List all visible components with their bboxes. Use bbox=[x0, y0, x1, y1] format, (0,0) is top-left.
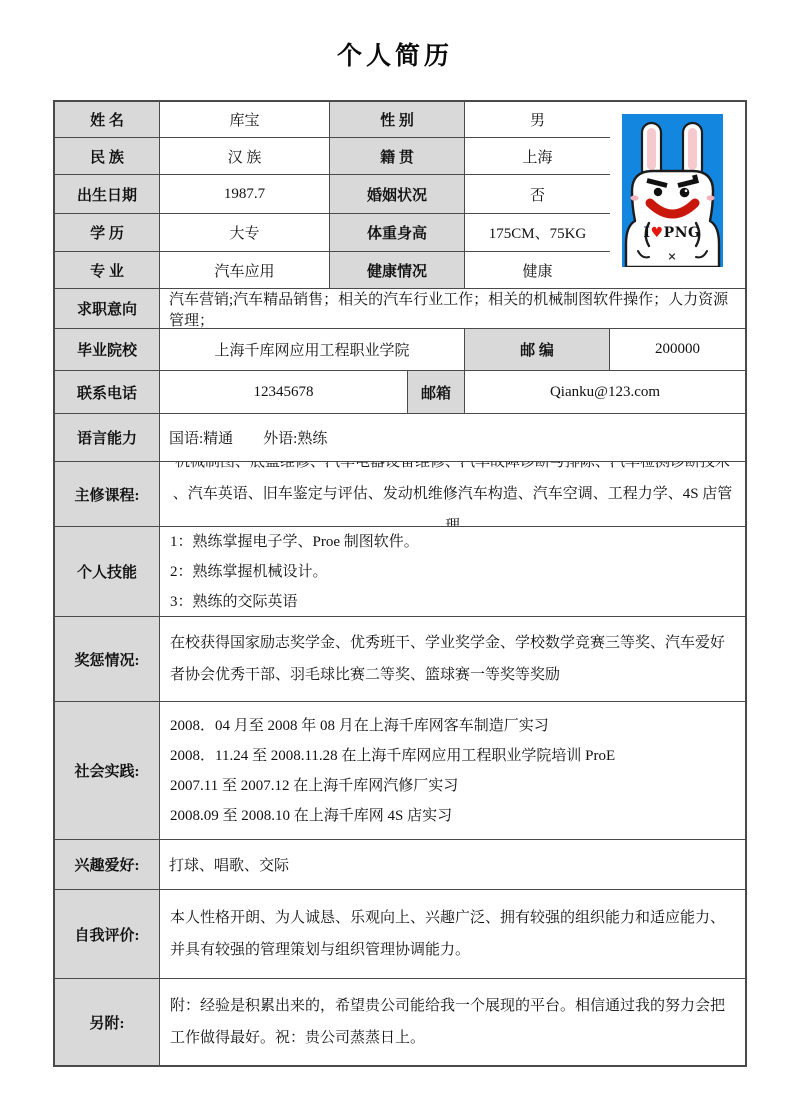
value-native-place: 上海 bbox=[465, 138, 610, 175]
label-height-weight: 体重身高 bbox=[330, 214, 465, 252]
row-major-courses: 主修课程: 机械制图、底盘维修、汽车电器设备维修、汽车故障诊断与排除、汽车检测诊… bbox=[55, 462, 745, 527]
resume-page: 个人简历 姓 名 库宝 性 别 男 民 族 汉 族 籍 贯 上海 出生日期 bbox=[0, 0, 790, 1117]
value-name: 库宝 bbox=[160, 102, 330, 138]
basic-info-grid: 姓 名 库宝 性 别 男 民 族 汉 族 籍 贯 上海 出生日期 1987.7 … bbox=[55, 102, 610, 289]
resume-table: 姓 名 库宝 性 别 男 民 族 汉 族 籍 贯 上海 出生日期 1987.7 … bbox=[53, 100, 747, 1067]
shirt-letters-png: PNG bbox=[664, 225, 701, 241]
self-evaluation-text: 本人性格开朗、为人诚恳、乐观向上、兴趣广泛、拥有较强的组织能力和适应能力、并具有… bbox=[160, 900, 745, 968]
rabbit-shirt-text: I♥PNG bbox=[644, 225, 701, 241]
rabbit-eye-right bbox=[680, 188, 690, 198]
row-ethnic-origin: 民 族 汉 族 籍 贯 上海 bbox=[55, 138, 610, 175]
value-hobbies: 打球、唱歌、交际 bbox=[160, 840, 745, 890]
rabbit-cheek-right bbox=[707, 195, 715, 200]
label-gender: 性 别 bbox=[330, 102, 465, 138]
label-name: 姓 名 bbox=[55, 102, 160, 138]
value-job-intention: 汽车营销;汽车精品销售；相关的汽车行业工作；相关的机械制图软件操作；人力资源管理… bbox=[160, 289, 745, 329]
value-zip-code: 200000 bbox=[610, 329, 745, 371]
label-hobbies: 兴趣爱好: bbox=[55, 840, 160, 890]
row-school-zip: 毕业院校 上海千库网应用工程职业学院 邮 编 200000 bbox=[55, 329, 745, 371]
attachment-text: 附：经验是积累出来的，希望贵公司能给我一个展现的平台。相信通过我的努力会把工作做… bbox=[160, 988, 745, 1056]
basic-info-section: 姓 名 库宝 性 别 男 民 族 汉 族 籍 贯 上海 出生日期 1987.7 … bbox=[55, 102, 745, 289]
row-self-evaluation: 自我评价: 本人性格开朗、为人诚恳、乐观向上、兴趣广泛、拥有较强的组织能力和适应… bbox=[55, 890, 745, 979]
label-attachment: 另附: bbox=[55, 979, 160, 1065]
row-language-ability: 语言能力 国语:精通 外语:熟练 bbox=[55, 414, 745, 462]
value-courses: 机械制图、底盘维修、汽车电器设备维修、汽车故障诊断与排除、汽车检测诊断技术 、汽… bbox=[160, 462, 745, 527]
row-awards: 奖惩情况: 在校获得国家励志奖学金、优秀班干、学业奖学金、学校数学竞赛三等奖、汽… bbox=[55, 617, 745, 702]
label-marital-status: 婚姻状况 bbox=[330, 175, 465, 214]
value-height-weight: 175CM、75KG bbox=[465, 214, 610, 252]
social-practice-line: 2008.09 至 2008.10 在上海千库网 4S 店实习 bbox=[170, 801, 735, 831]
skill-line: 2：熟练掌握机械设计。 bbox=[170, 557, 735, 587]
label-zip-code: 邮 编 bbox=[465, 329, 610, 371]
row-name-gender: 姓 名 库宝 性 别 男 bbox=[55, 102, 610, 138]
label-courses: 主修课程: bbox=[55, 462, 160, 527]
label-email: 邮箱 bbox=[408, 371, 465, 414]
value-self-evaluation: 本人性格开朗、为人诚恳、乐观向上、兴趣广泛、拥有较强的组织能力和适应能力、并具有… bbox=[160, 890, 745, 979]
row-personal-skills: 个人技能 1：熟练掌握电子学、Proe 制图软件。 2：熟练掌握机械设计。 3：… bbox=[55, 527, 745, 617]
skills-lines: 1：熟练掌握电子学、Proe 制图软件。 2：熟练掌握机械设计。 3：熟练的交际… bbox=[160, 527, 745, 617]
value-attachment: 附：经验是积累出来的，希望贵公司能给我一个展现的平台。相信通过我的努力会把工作做… bbox=[160, 979, 745, 1065]
row-attachment: 另附: 附：经验是积累出来的，希望贵公司能给我一个展现的平台。相信通过我的努力会… bbox=[55, 979, 745, 1065]
courses-text: 机械制图、底盘维修、汽车电器设备维修、汽车故障诊断与排除、汽车检测诊断技术 、汽… bbox=[160, 462, 745, 527]
row-major-health: 专 业 汽车应用 健康情况 健康 bbox=[55, 252, 610, 289]
rabbit-eye-left bbox=[654, 188, 662, 196]
social-practice-line: 2008．11.24 至 2008.11.28 在上海千库网应用工程职业学院培训… bbox=[170, 741, 735, 771]
label-awards: 奖惩情况: bbox=[55, 617, 160, 702]
label-birthdate: 出生日期 bbox=[55, 175, 160, 214]
row-education-body: 学 历 大专 体重身高 175CM、75KG bbox=[55, 214, 610, 252]
value-major: 汽车应用 bbox=[160, 252, 330, 289]
heart-icon: ♥ bbox=[651, 225, 664, 241]
belly-x-mark: × bbox=[667, 250, 676, 263]
label-skills: 个人技能 bbox=[55, 527, 160, 617]
value-language: 国语:精通 外语:熟练 bbox=[160, 414, 745, 462]
page-title: 个人简历 bbox=[0, 36, 790, 72]
social-practice-lines: 2008．04 月至 2008 年 08 月在上海千库网客车制造厂实习 2008… bbox=[160, 709, 745, 833]
label-self-evaluation: 自我评价: bbox=[55, 890, 160, 979]
value-awards: 在校获得国家励志奖学金、优秀班干、学业奖学金、学校数学竞赛三等奖、汽车爱好者协会… bbox=[160, 617, 745, 702]
value-gender: 男 bbox=[465, 102, 610, 138]
label-major: 专 业 bbox=[55, 252, 160, 289]
label-language: 语言能力 bbox=[55, 414, 160, 462]
awards-text: 在校获得国家励志奖学金、优秀班干、学业奖学金、学校数学竞赛三等奖、汽车爱好者协会… bbox=[160, 625, 745, 693]
label-ethnicity: 民 族 bbox=[55, 138, 160, 175]
value-health: 健康 bbox=[465, 252, 610, 289]
value-phone: 12345678 bbox=[160, 371, 408, 414]
value-ethnicity: 汉 族 bbox=[160, 138, 330, 175]
shirt-letter-i: I bbox=[644, 225, 651, 241]
value-email: Qianku@123.com bbox=[465, 371, 745, 414]
label-job-intention: 求职意向 bbox=[55, 289, 160, 329]
row-social-practice: 社会实践: 2008．04 月至 2008 年 08 月在上海千库网客车制造厂实… bbox=[55, 702, 745, 840]
rabbit-eye-glint bbox=[685, 190, 688, 193]
label-health: 健康情况 bbox=[330, 252, 465, 289]
row-birth-marriage: 出生日期 1987.7 婚姻状况 否 bbox=[55, 175, 610, 214]
row-phone-email: 联系电话 12345678 邮箱 Qianku@123.com bbox=[55, 371, 745, 414]
skill-line: 3：熟练的交际英语 bbox=[170, 587, 735, 617]
value-school: 上海千库网应用工程职业学院 bbox=[160, 329, 465, 371]
social-practice-line: 2008．04 月至 2008 年 08 月在上海千库网客车制造厂实习 bbox=[170, 711, 735, 741]
value-education: 大专 bbox=[160, 214, 330, 252]
row-job-intention: 求职意向 汽车营销;汽车精品销售；相关的汽车行业工作；相关的机械制图软件操作；人… bbox=[55, 289, 745, 329]
photo-cell: I♥PNG × bbox=[610, 102, 745, 289]
row-hobbies: 兴趣爱好: 打球、唱歌、交际 bbox=[55, 840, 745, 890]
label-social-practice: 社会实践: bbox=[55, 702, 160, 840]
value-skills: 1：熟练掌握电子学、Proe 制图软件。 2：熟练掌握机械设计。 3：熟练的交际… bbox=[160, 527, 745, 617]
value-birthdate: 1987.7 bbox=[160, 175, 330, 214]
value-marital-status: 否 bbox=[465, 175, 610, 214]
label-phone: 联系电话 bbox=[55, 371, 160, 414]
value-social-practice: 2008．04 月至 2008 年 08 月在上海千库网客车制造厂实习 2008… bbox=[160, 702, 745, 840]
rabbit-cheek-left bbox=[631, 195, 639, 200]
label-native-place: 籍 贯 bbox=[330, 138, 465, 175]
rabbit-photo: I♥PNG × bbox=[622, 114, 723, 267]
label-education: 学 历 bbox=[55, 214, 160, 252]
label-school: 毕业院校 bbox=[55, 329, 160, 371]
skill-line: 1：熟练掌握电子学、Proe 制图软件。 bbox=[170, 527, 735, 557]
social-practice-line: 2007.11 至 2007.12 在上海千库网汽修厂实习 bbox=[170, 771, 735, 801]
